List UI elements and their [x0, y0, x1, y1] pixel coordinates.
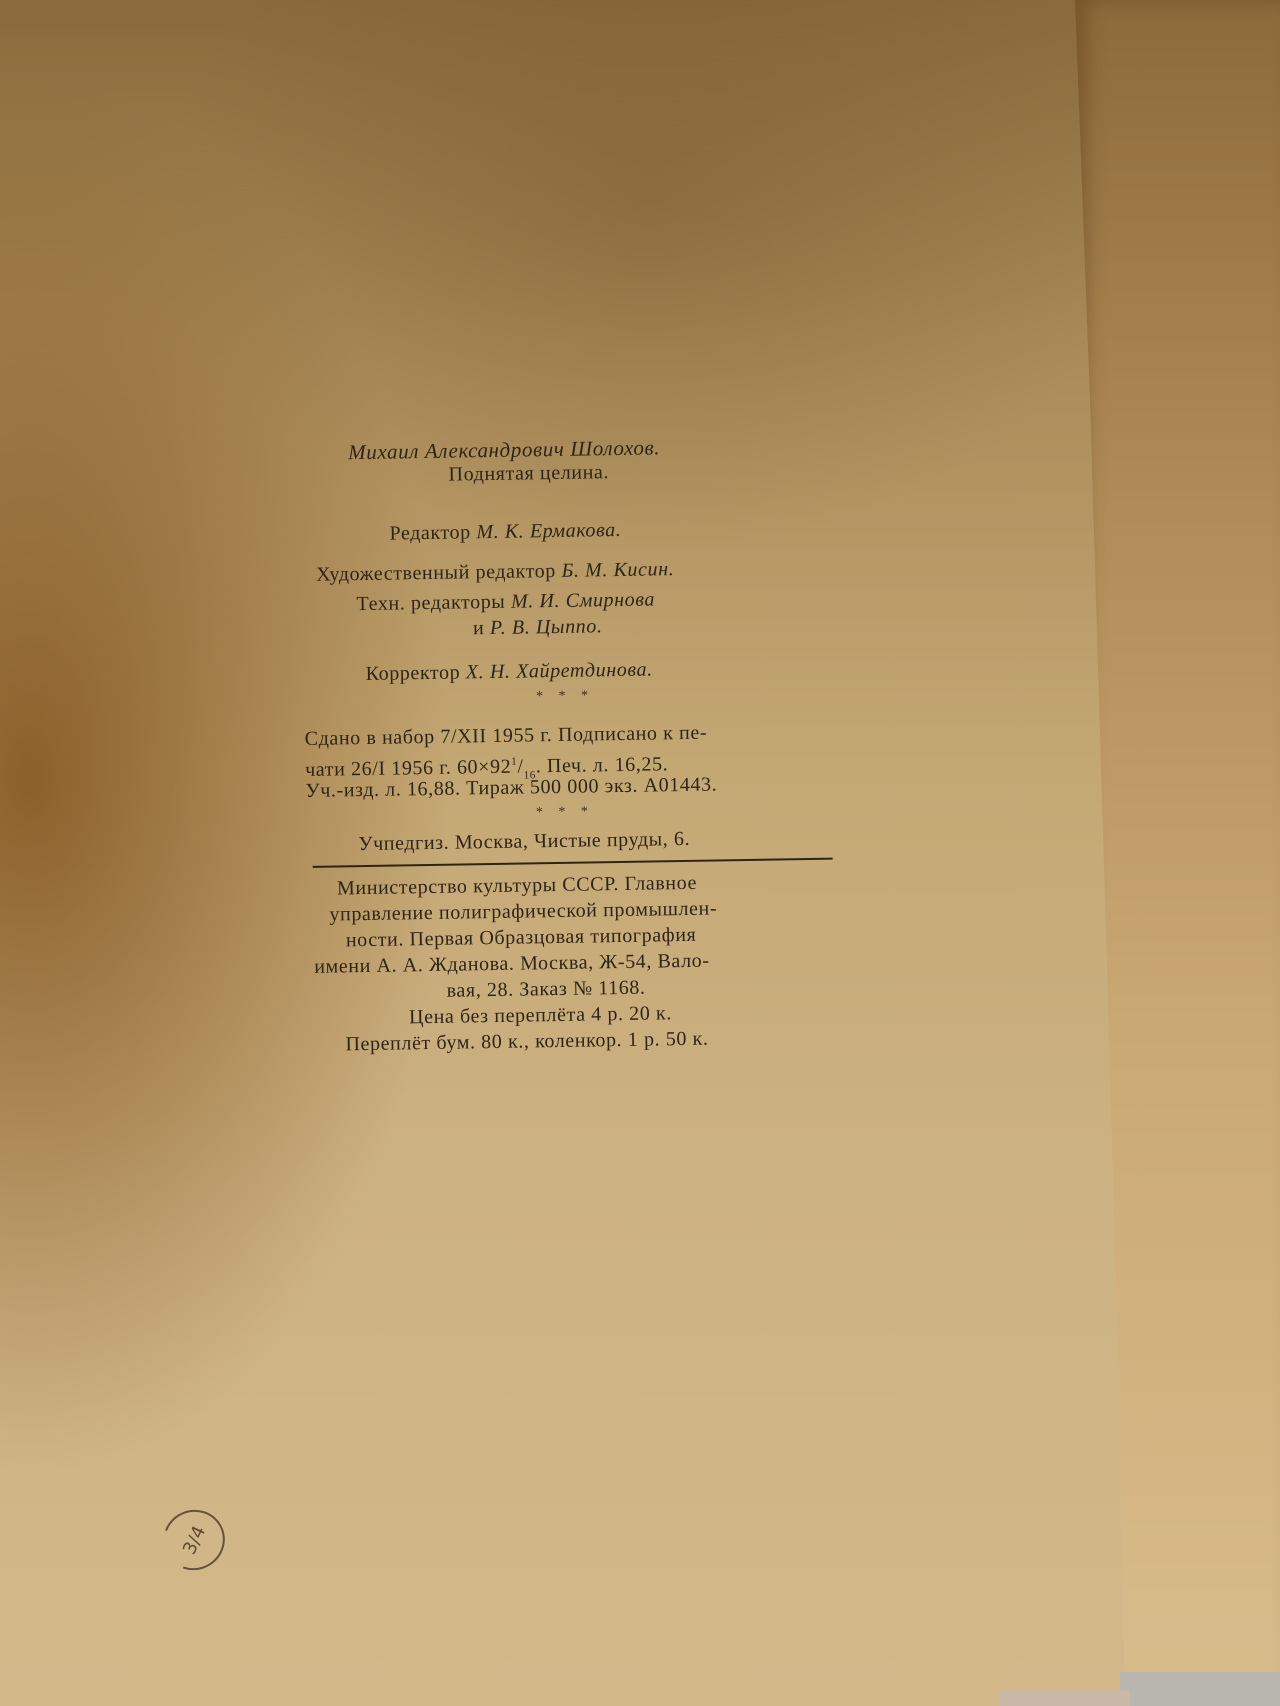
editor-credit: Редактор М. К. Ермакова.	[389, 517, 621, 547]
editor-name: М. К. Ермакова.	[476, 519, 621, 543]
tech-editor-2: Р. В. Цыппо.	[490, 615, 603, 639]
stamp-text: 3/4	[178, 1522, 209, 1557]
tech-editors-credit: Техн. редакторы М. И. Смирнова	[356, 586, 655, 617]
art-editor-name: Б. М. Кисин.	[561, 558, 674, 582]
separator-stars-2: * * *	[536, 799, 594, 826]
art-editor-label: Художественный редактор	[316, 560, 556, 586]
price-line: Цена без переплёта 4 р. 20 к.	[409, 1000, 672, 1030]
proofreader-name: Х. Н. Хайретдинова.	[466, 658, 653, 683]
proofreader-credit: Корректор Х. Н. Хайретдинова.	[365, 656, 652, 687]
table-surface	[1120, 1672, 1280, 1706]
table-surface-edge	[1000, 1690, 1130, 1706]
tech-editor-1: М. И. Смирнова	[511, 588, 655, 612]
book-title: Поднятая целина.	[448, 459, 609, 488]
tech-editors-label: Техн. редакторы	[356, 591, 505, 615]
separator-stars-1: * * *	[536, 683, 594, 710]
tech-editors-credit-cont: и Р. В. Цыппо.	[473, 613, 603, 641]
printer-line-5: вая, 28. Заказ № 1168.	[446, 975, 645, 1004]
proofreader-label: Корректор	[366, 662, 461, 685]
publisher-address: Учпедгиз. Москва, Чистые пруды, 6.	[358, 826, 690, 857]
editor-label: Редактор	[389, 521, 471, 544]
tech-editors-conj: и	[473, 617, 485, 639]
